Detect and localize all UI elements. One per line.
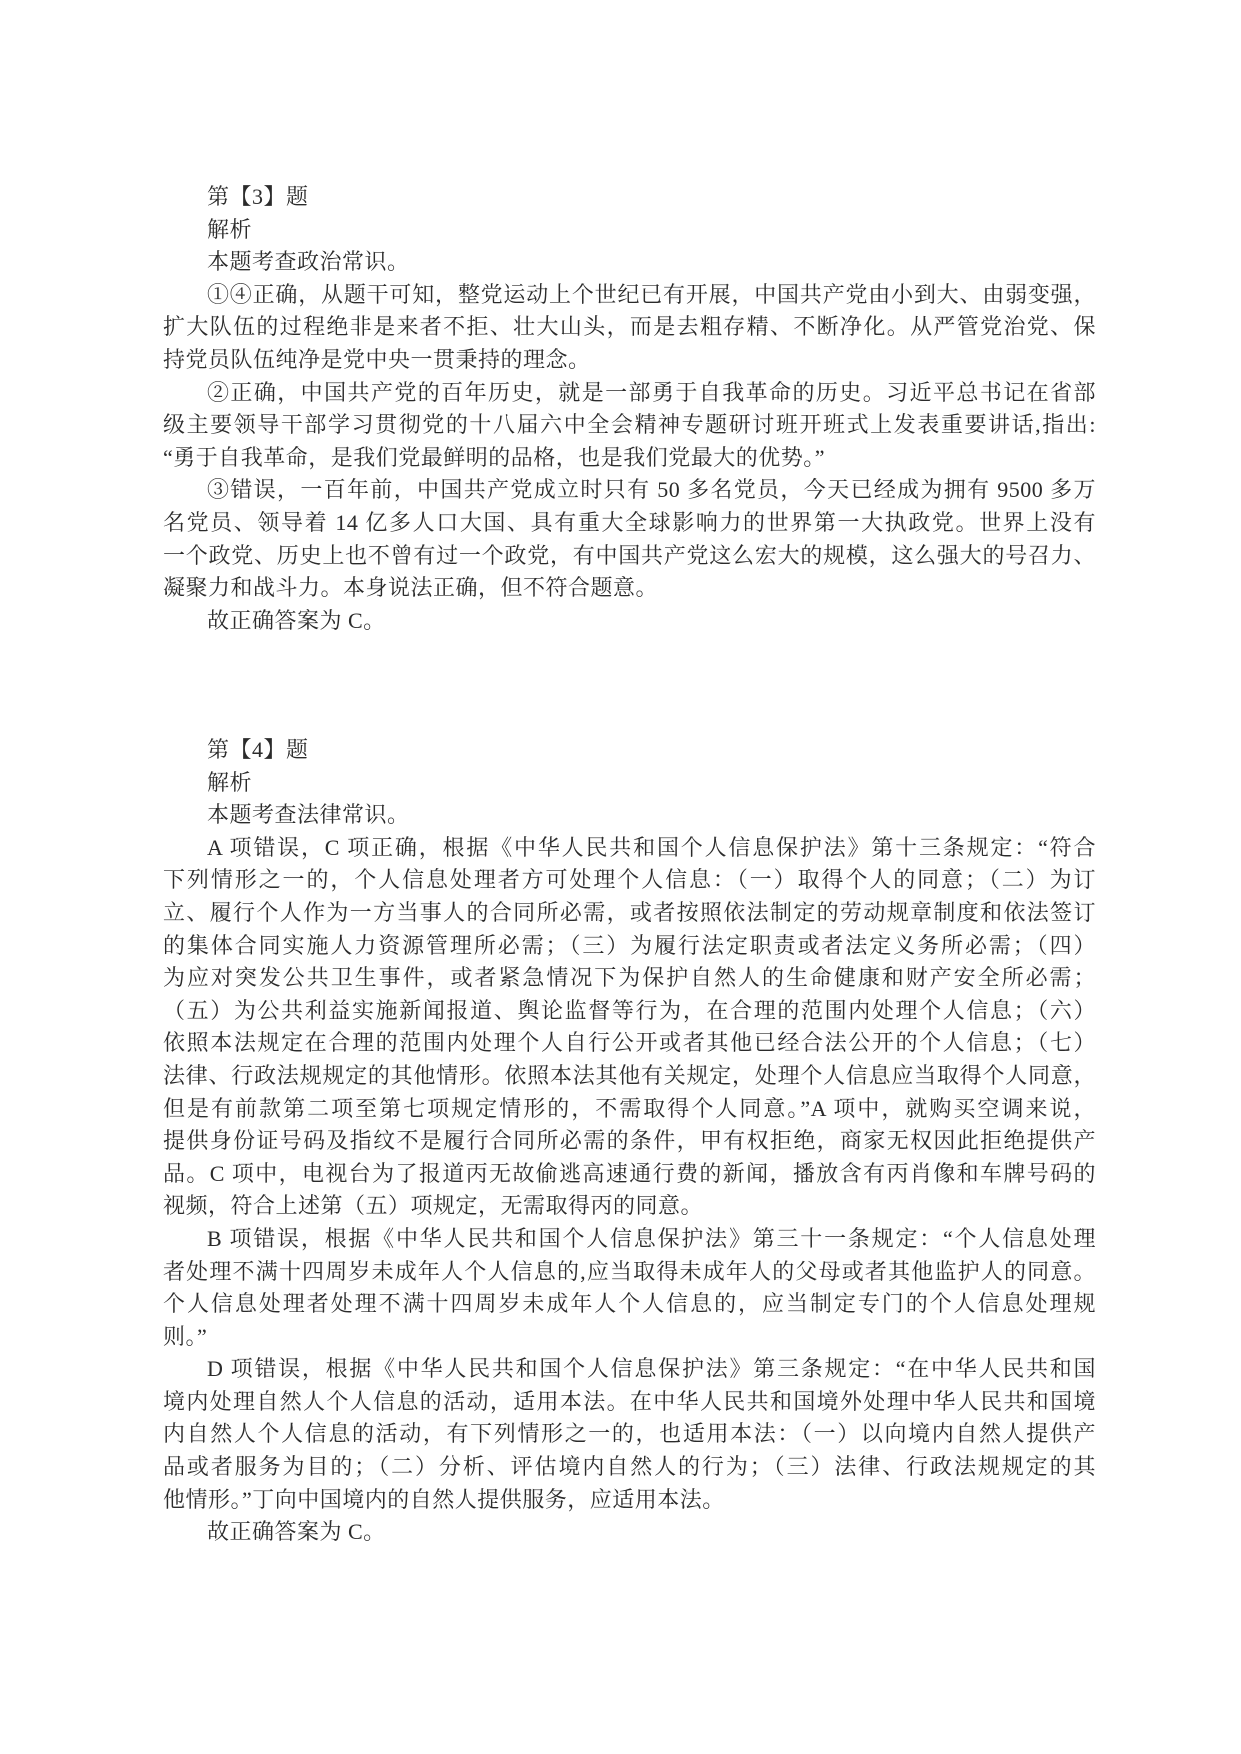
document-page: 第【3】题解析本题考查政治常识。①④正确，从题干可知，整党运动上个世纪已有开展，… (0, 0, 1241, 1754)
text-line: 品。C 项中，电视台为了报道丙无故偷逃高速通行费的新闻，播放含有丙肖像和车牌号码… (163, 1158, 1096, 1191)
text-line: 故正确答案为 C。 (163, 1516, 1096, 1549)
text-line: 品或者服务为目的；（二）分析、评估境内自然人的行为；（三）法律、行政法规规定的其 (163, 1451, 1096, 1484)
question-4-analysis: 第【4】题解析本题考查法律常识。A 项错误，C 项正确，根据《中华人民共和国个人… (163, 734, 1096, 1549)
text-line: 故正确答案为 C。 (163, 605, 1096, 638)
text-line: 名党员、领导着 14 亿多人口大国、具有重大全球影响力的世界第一大执政党。世界上… (163, 507, 1096, 540)
text-line: A 项错误，C 项正确，根据《中华人民共和国个人信息保护法》第十三条规定：“符合 (163, 832, 1096, 865)
text-line: 但是有前款第二项至第七项规定情形的，不需取得个人同意。”A 项中，就购买空调来说… (163, 1093, 1096, 1126)
text-line: 第【3】题 (163, 181, 1096, 214)
text-line: 本题考查法律常识。 (163, 799, 1096, 832)
text-line: 一个政党、历史上也不曾有过一个政党，有中国共产党这么宏大的规模，这么强大的号召力… (163, 540, 1096, 573)
text-line: 法律、行政法规规定的其他情形。依照本法其他有关规定，处理个人信息应当取得个人同意… (163, 1060, 1096, 1093)
text-line: （五）为公共利益实施新闻报道、舆论监督等行为，在合理的范围内处理个人信息；（六） (163, 995, 1096, 1028)
text-line: B 项错误，根据《中华人民共和国个人信息保护法》第三十一条规定：“个人信息处理 (163, 1223, 1096, 1256)
text-line: 他情形。”丁向中国境内的自然人提供服务，应适用本法。 (163, 1484, 1096, 1517)
text-line: 本题考查政治常识。 (163, 246, 1096, 279)
text-line: 解析 (163, 767, 1096, 800)
text-line: 的集体合同实施人力资源管理所必需；（三）为履行法定职责或者法定义务所必需；（四） (163, 930, 1096, 963)
text-line: 者处理不满十四周岁未成年人个人信息的,应当取得未成年人的父母或者其他监护人的同意… (163, 1256, 1096, 1289)
text-line: 持党员队伍纯净是党中央一贯秉持的理念。 (163, 344, 1096, 377)
text-line: 则。” (163, 1321, 1096, 1354)
text-line: 级主要领导干部学习贯彻党的十八届六中全会精神专题研讨班开班式上发表重要讲话,指出… (163, 409, 1096, 442)
text-line: ③错误，一百年前，中国共产党成立时只有 50 多名党员，今天已经成为拥有 950… (163, 474, 1096, 507)
text-line: 下列情形之一的，个人信息处理者方可处理个人信息：（一）取得个人的同意；（二）为订 (163, 864, 1096, 897)
text-line: 为应对突发公共卫生事件，或者紧急情况下为保护自然人的生命健康和财产安全所必需； (163, 962, 1096, 995)
question-3-analysis: 第【3】题解析本题考查政治常识。①④正确，从题干可知，整党运动上个世纪已有开展，… (163, 181, 1096, 637)
text-line: 依照本法规定在合理的范围内处理个人自行公开或者其他已经合法公开的个人信息；（七） (163, 1027, 1096, 1060)
text-line: 第【4】题 (163, 734, 1096, 767)
text-line: “勇于自我革命，是我们党最鲜明的品格，也是我们党最大的优势。” (163, 442, 1096, 475)
text-line: D 项错误，根据《中华人民共和国个人信息保护法》第三条规定：“在中华人民共和国 (163, 1353, 1096, 1386)
text-line: ①④正确，从题干可知，整党运动上个世纪已有开展，中国共产党由小到大、由弱变强， (163, 279, 1096, 312)
text-line: 境内处理自然人个人信息的活动，适用本法。在中华人民共和国境外处理中华人民共和国境 (163, 1386, 1096, 1419)
text-line: 立、履行个人作为一方当事人的合同所必需，或者按照依法制定的劳动规章制度和依法签订 (163, 897, 1096, 930)
text-line: 凝聚力和战斗力。本身说法正确，但不符合题意。 (163, 572, 1096, 605)
text-line: 提供身份证号码及指纹不是履行合同所必需的条件，甲有权拒绝，商家无权因此拒绝提供产 (163, 1125, 1096, 1158)
text-line: 扩大队伍的过程绝非是来者不拒、壮大山头，而是去粗存精、不断净化。从严管党治党、保 (163, 311, 1096, 344)
text-line: 个人信息处理者处理不满十四周岁未成年人个人信息的，应当制定专门的个人信息处理规 (163, 1288, 1096, 1321)
text-line: 解析 (163, 214, 1096, 247)
text-line: 视频，符合上述第（五）项规定，无需取得丙的同意。 (163, 1190, 1096, 1223)
text-line: ②正确，中国共产党的百年历史，就是一部勇于自我革命的历史。习近平总书记在省部 (163, 377, 1096, 410)
text-line: 内自然人个人信息的活动，有下列情形之一的，也适用本法：（一）以向境内自然人提供产 (163, 1418, 1096, 1451)
